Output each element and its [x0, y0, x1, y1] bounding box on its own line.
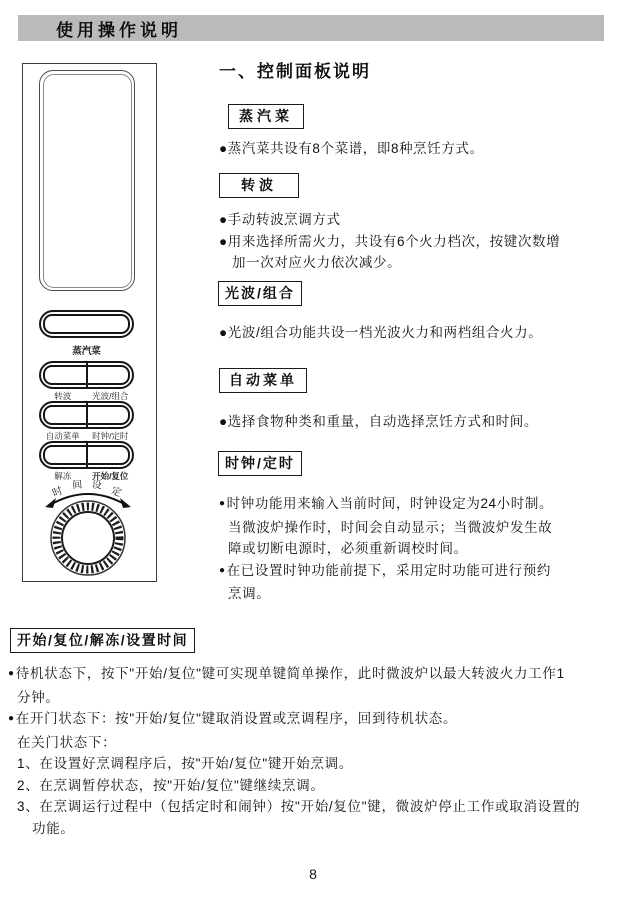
text-line: 加一次对应火力依次减少。 [219, 252, 617, 274]
steam-section-text: ●蒸汽菜共设有8个菜谱，即8种烹饪方式。 [219, 138, 617, 160]
bullet-icon: ● [8, 713, 16, 724]
section-label-wave: 转波 [219, 173, 299, 198]
text-line: ●用来选择所需火力，共设有6个火力档次，按键次数增 [219, 231, 617, 253]
text-line: ●待机状态下，按下"开始/复位"键可实现单键简单操作，此时微波炉以最大转波火力工… [8, 663, 620, 687]
text-line: 功能。 [8, 818, 620, 840]
text-line: 2、在烹调暂停状态，按"开始/复位"键继续烹调。 [8, 775, 620, 797]
grill-combi-section-text: ●光波/组合功能共设一档光波火力和两档组合火力。 [219, 322, 617, 344]
main-heading: 一、控制面板说明 [219, 57, 371, 82]
text-line: ●时钟功能用来输入当前时间，时钟设定为24小时制。 [219, 493, 617, 517]
bullet-icon: ● [219, 325, 228, 340]
text-line: ●在已设置时钟功能前提下，采用定时功能可进行预约 [219, 560, 617, 584]
wave-grill-button [39, 361, 134, 389]
text-line: 在关门状态下： [8, 732, 620, 754]
text-line: ●光波/组合功能共设一档光波火力和两档组合火力。 [219, 322, 617, 344]
wave-section-text: ●手动转波烹调方式 ●用来选择所需火力，共设有6个火力档次，按键次数增 加一次对… [219, 209, 617, 274]
section-label-grill-combi: 光波/组合 [218, 281, 302, 306]
time-set-knob [49, 499, 127, 577]
bullet-icon: ● [219, 234, 228, 249]
section-label-steam: 蒸汽菜 [228, 104, 304, 129]
control-panel-figure: 蒸汽菜 转波 光波/组合 自动菜单 时钟/定时 解冻 开始/复位 时 间 设 定 [22, 63, 157, 582]
clock-timer-section-text: ●时钟功能用来输入当前时间，时钟设定为24小时制。 当微波炉操作时，时间会自动显… [219, 493, 617, 605]
page-number: 8 [0, 866, 626, 882]
auto-menu-section-text: ●选择食物种类和重量，自动选择烹饪方式和时间。 [219, 411, 617, 433]
text-line: 3、在烹调运行过程中（包括定时和闹钟）按"开始/复位"键，微波炉停止工作或取消设… [8, 796, 620, 818]
bullet-icon: ● [219, 498, 227, 509]
bullet-icon: ● [219, 565, 227, 576]
automenu-clock-button [39, 401, 134, 429]
start-reset-section-text: ●待机状态下，按下"开始/复位"键可实现单键简单操作，此时微波炉以最大转波火力工… [8, 663, 620, 839]
text-line: 烹调。 [219, 583, 617, 605]
section-label-clock-timer: 时钟/定时 [218, 451, 302, 476]
text-line: ●选择食物种类和重量，自动选择烹饪方式和时间。 [219, 411, 617, 433]
text-line: 分钟。 [8, 687, 620, 709]
text-line: ●手动转波烹调方式 [219, 209, 617, 231]
steam-dish-button [39, 310, 134, 338]
text-line: 障或切断电源时，必须重新调校时间。 [219, 538, 617, 560]
section-label-auto-menu: 自动菜单 [219, 368, 307, 393]
panel-display-window [39, 70, 135, 291]
text-line: ●在开门状态下：按"开始/复位"键取消设置或烹调程序，回到待机状态。 [8, 708, 620, 732]
bullet-icon: ● [8, 668, 16, 679]
section-header-bar: 使用操作说明 [18, 15, 604, 41]
text-line: ●蒸汽菜共设有8个菜谱，即8种烹饪方式。 [219, 138, 617, 160]
text-line: 当微波炉操作时，时间会自动显示；当微波炉发生故 [219, 517, 617, 539]
bullet-icon: ● [219, 414, 228, 429]
section-label-start-reset: 开始/复位/解冻/设置时间 [10, 628, 195, 653]
text-line: 1、在设置好烹调程序后，按"开始/复位"键开始烹调。 [8, 753, 620, 775]
page-title: 使用操作说明 [18, 16, 182, 41]
defrost-start-button [39, 441, 134, 469]
bullet-icon: ● [219, 212, 228, 227]
steam-dish-button-label: 蒸汽菜 [39, 343, 134, 357]
bullet-icon: ● [219, 141, 228, 156]
